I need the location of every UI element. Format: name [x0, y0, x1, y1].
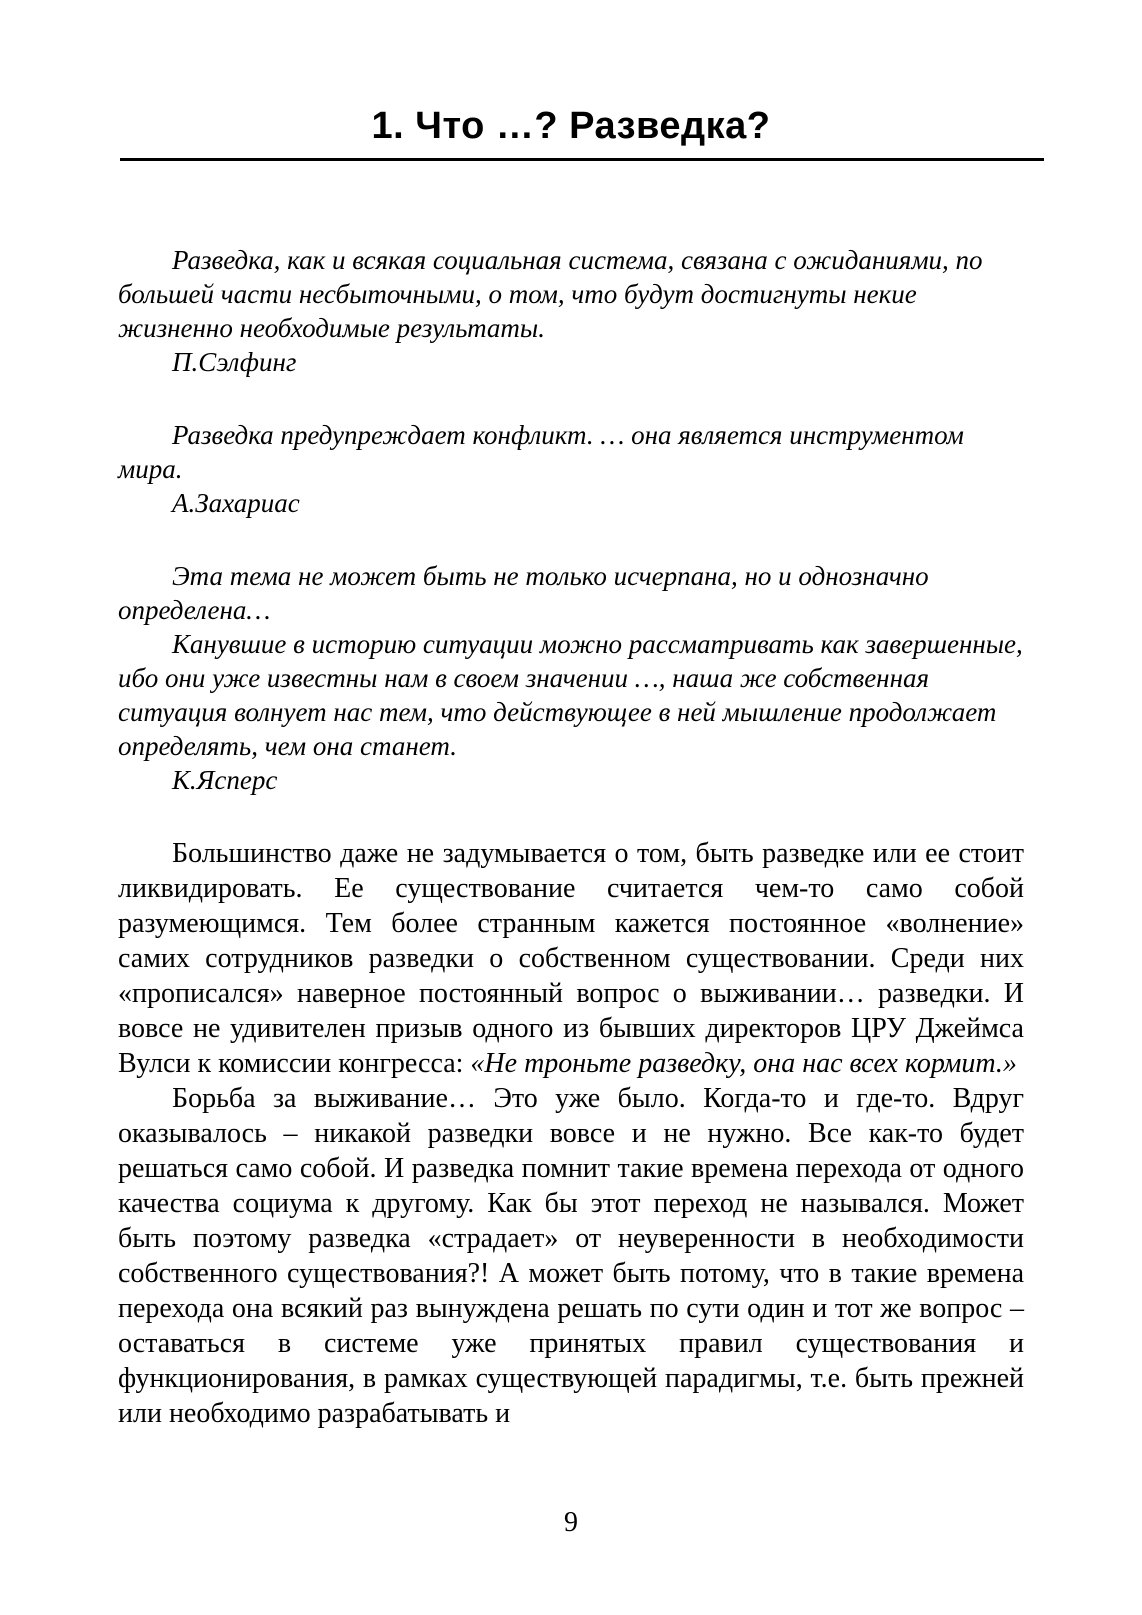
body-paragraph: Большинство даже не задумывается о том, … [118, 836, 1024, 1081]
title-divider-rule [120, 158, 1044, 161]
chapter-title: 1. Что …? Разведка? [118, 0, 1024, 148]
epigraph-text: Канувшие в историю ситуации можно рассма… [118, 627, 1024, 763]
epigraph-jaspers: Эта тема не может быть не только исчерпа… [118, 559, 1024, 797]
epigraph-zacharias: Разведка предупреждает конфликт. … она я… [118, 418, 1024, 520]
epigraph-text: Разведка предупреждает конфликт. … она я… [118, 418, 1024, 486]
body-text: Большинство даже не задумывается о том, … [118, 836, 1024, 1431]
epigraph-attribution: П.Сэлфинг [118, 345, 1024, 379]
epigraph-text: Эта тема не может быть не только исчерпа… [118, 559, 1024, 627]
body-paragraph-text: Большинство даже не задумывается о том, … [118, 838, 1024, 1079]
book-page: 1. Что …? Разведка? Разведка, как и всяк… [0, 0, 1142, 1615]
epigraph-selfing: Разведка, как и всякая социальная систем… [118, 243, 1024, 379]
page-number: 9 [0, 1507, 1142, 1539]
epigraph-attribution: А.Захариас [118, 486, 1024, 520]
epigraph-attribution: К.Ясперс [118, 763, 1024, 797]
body-paragraph: Борьба за выживание… Это уже было. Когда… [118, 1081, 1024, 1431]
inline-quote: «Не троньте разведку, она нас всех корми… [470, 1048, 1017, 1079]
epigraph-text: Разведка, как и всякая социальная систем… [118, 243, 1024, 345]
